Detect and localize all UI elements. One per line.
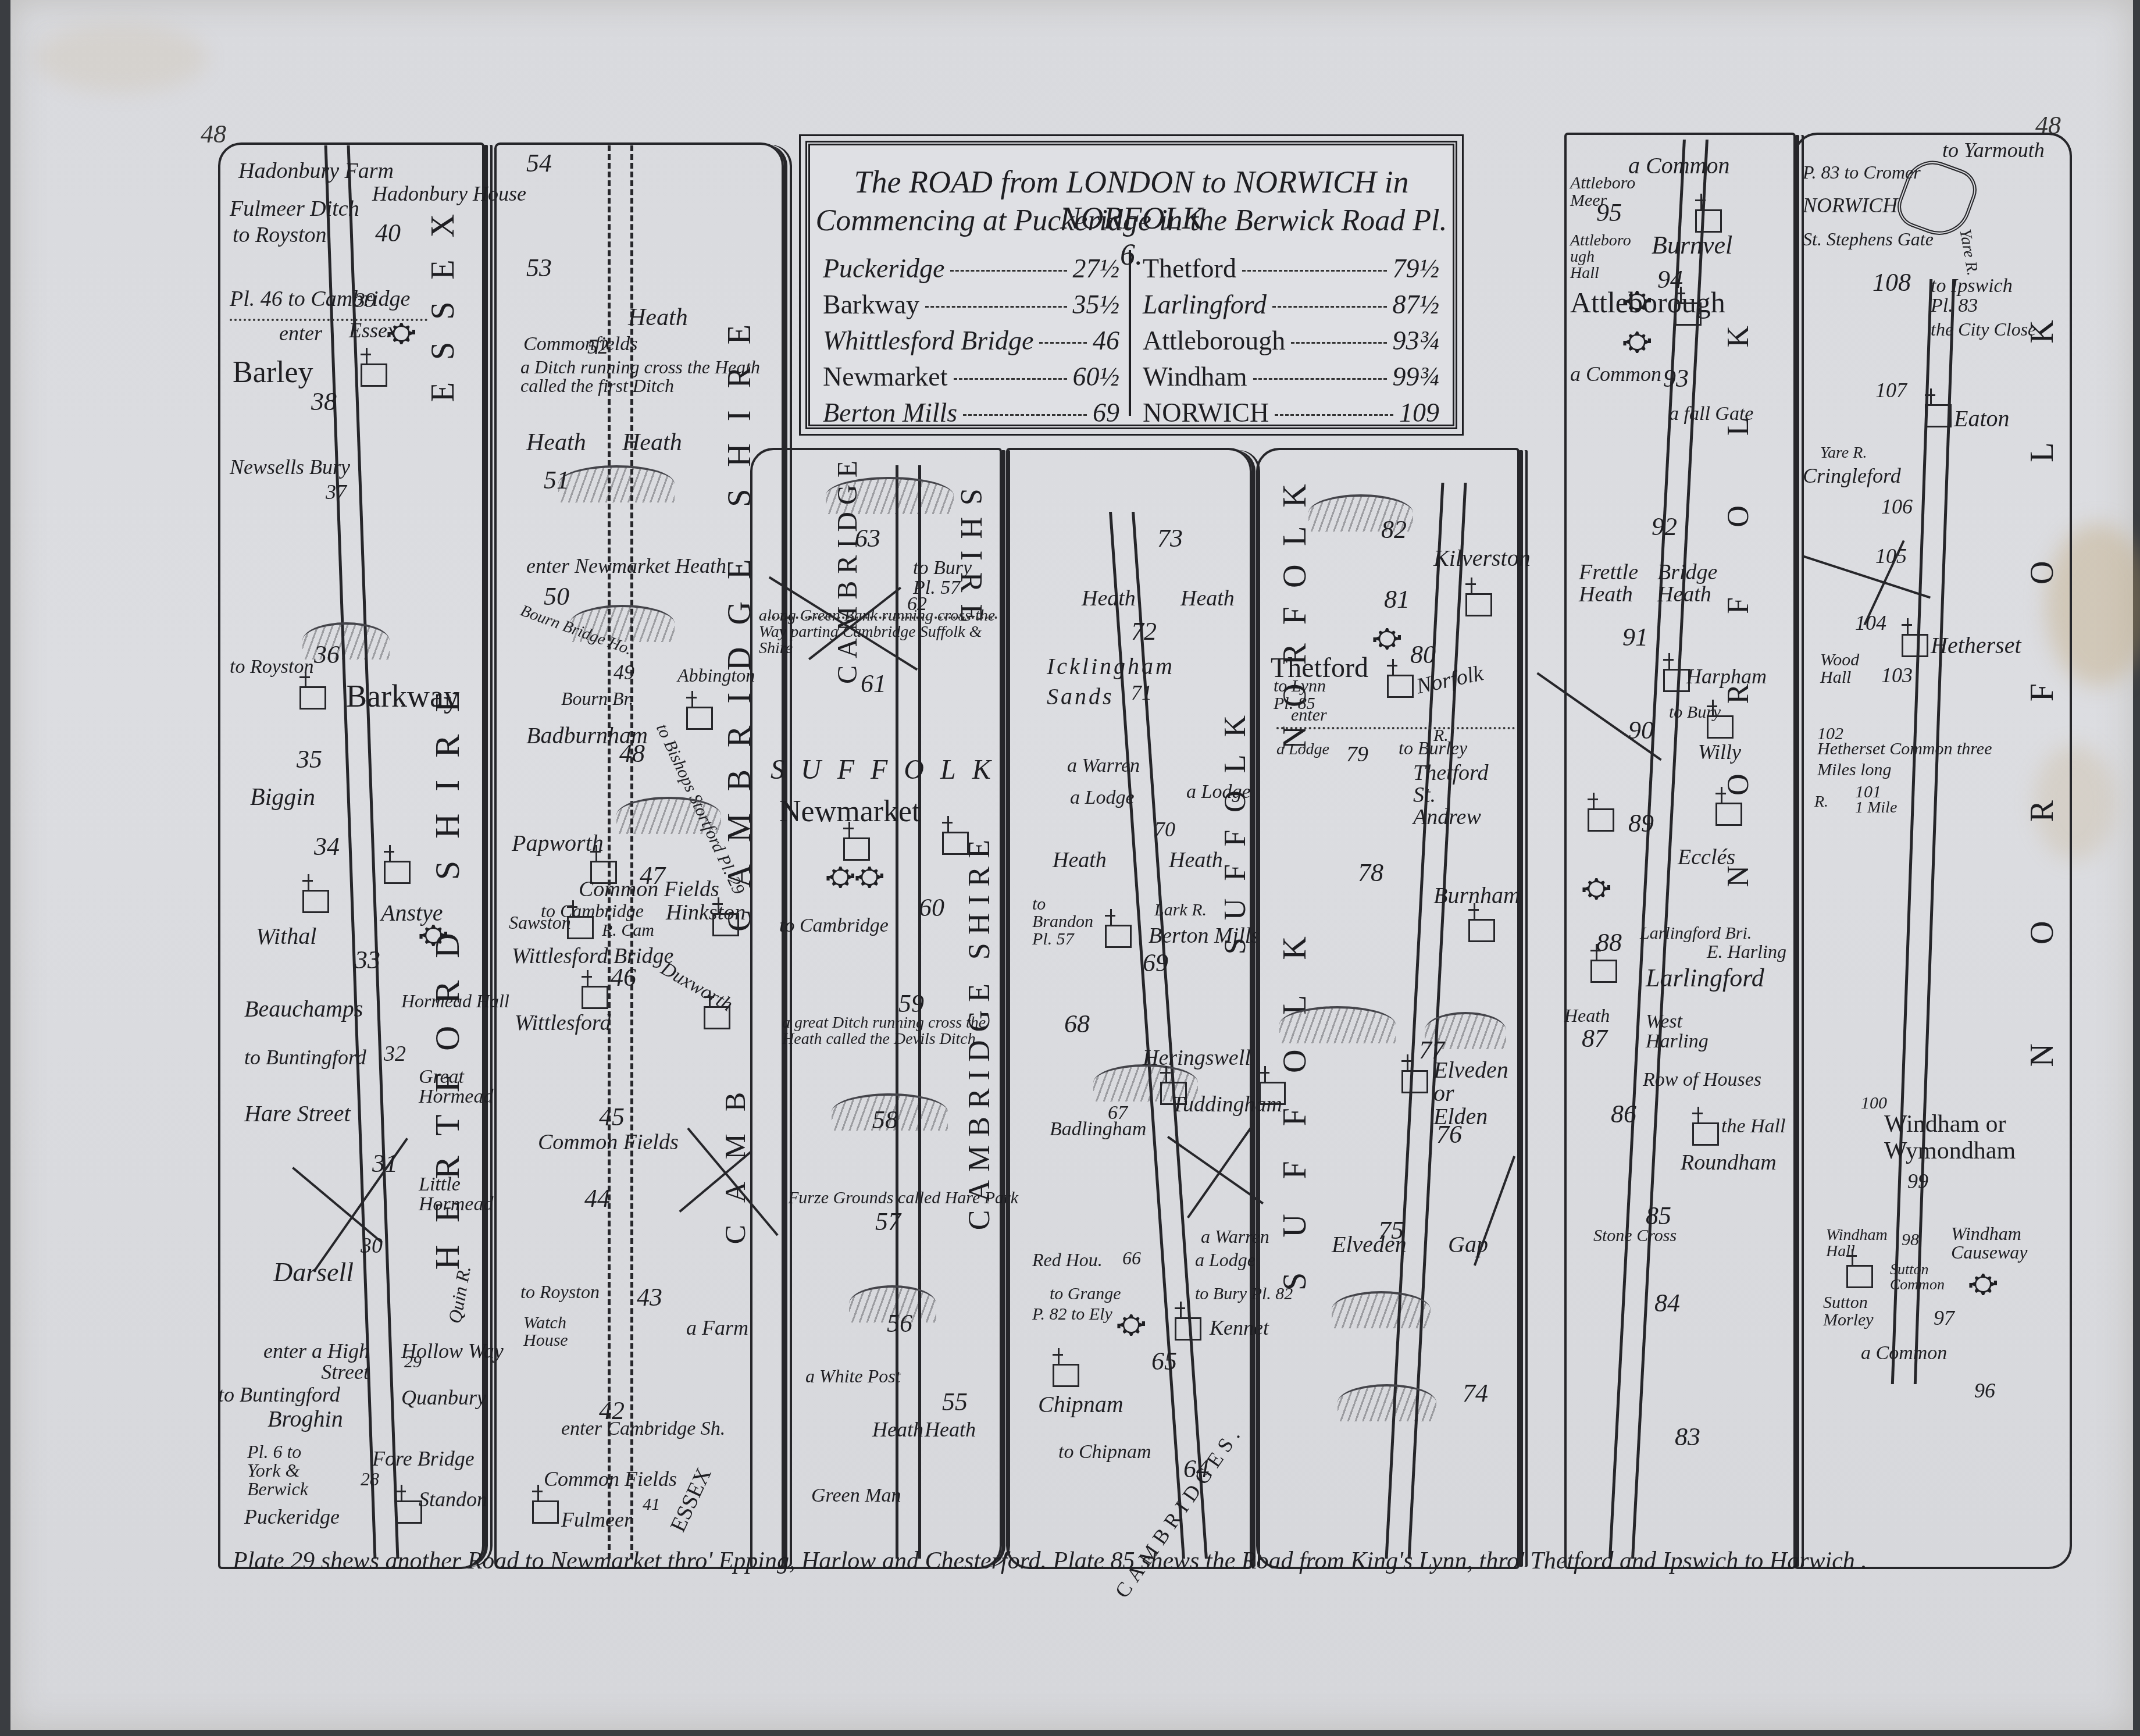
milepost: 48 [619,739,645,768]
label: Red Hou. [1032,1250,1103,1269]
milepost: 68 [1064,1009,1090,1039]
label: to Ipswich Pl. 83 [1931,276,2035,316]
label: to Grange [1050,1285,1121,1303]
label: a Common [1628,154,1729,177]
river-label: Lark R. [1154,901,1207,919]
distance-row: NORWICH109 [1143,397,1439,433]
label: to Royston [233,224,326,246]
milepost: 97 [1934,1306,1954,1330]
distance-miles: 27½ [1073,253,1120,284]
label: Windham Causeway [1951,1224,2044,1261]
milepost: 57 [875,1207,901,1236]
label: the Hall [1721,1117,1785,1136]
label: a Warren [1067,756,1140,776]
distance-miles: 35½ [1073,289,1120,320]
distance-row: Attleborough93¾ [1143,325,1439,361]
label: Fore Bridge [372,1448,475,1469]
label: enter [279,323,322,344]
distance-table-right: Thetford79½ Larlingford87½ Attleborough9… [1143,253,1439,433]
milepost: 106 [1881,494,1913,519]
distance-miles: 69 [1093,397,1119,428]
distance-row: Barkway35½ [823,289,1119,325]
milepost: 52 [587,334,608,359]
milepost: 84 [1654,1288,1680,1318]
label: Frettle Heath [1579,561,1643,605]
milepost: 100 [1861,1093,1887,1113]
milepost: 29 [404,1352,422,1372]
church-icon [361,363,387,387]
label: Heath [1082,587,1136,609]
label: Burnvel [1652,233,1732,258]
label: a Lodge [1195,1250,1256,1269]
place-name: Newmarket [823,361,948,392]
label: enter Newmarket Heath [526,555,726,576]
river-label: R. Cam [602,922,654,939]
distance-miles: 79½ [1393,253,1440,284]
label: to Buntingford [244,1047,366,1068]
label: Chipnam [1038,1393,1123,1416]
distance-row: Newmarket60½ [823,361,1119,397]
label: Little Hormead [419,1175,483,1214]
label: Sawston [509,913,544,932]
distance-miles: 93¾ [1393,325,1440,356]
milepost: 45 [599,1102,625,1132]
milepost: 46 [611,963,636,992]
milepost: 98 [1902,1230,1919,1250]
milepost: 34 [314,832,340,861]
church-icon [567,916,594,939]
hill-icon [1337,1384,1436,1421]
county-label-essex: ESSEX [425,192,462,402]
label: Heath [1169,849,1223,871]
label: to Buntingford [218,1384,340,1405]
place-name: Barkway [823,289,919,320]
label: Heath [925,1419,976,1440]
milepost: 33 [355,945,380,975]
label: Berton Mills [1149,925,1260,947]
label: Beauchamps [244,997,363,1021]
distance-row: Berton Mills69 [823,397,1119,433]
place-name: Attleborough [1143,325,1285,356]
label: to Burley [1399,739,1467,757]
milepost: 72 [1131,616,1157,646]
milepost: 43 [637,1282,662,1312]
church-icon [1590,960,1617,983]
milepost: 65 [1151,1346,1177,1376]
distance-miles: 46 [1093,325,1119,356]
county-label-suffolk: SUFFOLK [1218,698,1253,954]
milepost: 51 [544,465,569,495]
milepost: 73 [1157,523,1183,553]
label: Pl. 46 to Cambridge [230,288,410,310]
church-icon [299,686,326,710]
church-icon [1105,925,1132,948]
label: Elveden or Elden [1433,1058,1503,1128]
label: to Royston [520,1282,600,1301]
label: Quanbury [401,1387,486,1408]
county-label-norfolk: NORFOLK [1721,256,1756,887]
label: Fulmeer Ditch [230,198,359,220]
church-icon [532,1500,559,1524]
church-icon [1925,404,1952,427]
label: P. 82 to Ely [1032,1306,1112,1323]
milepost: 99 [1907,1169,1928,1193]
river-label: Yare R. [1820,445,1867,461]
church-icon [1846,1265,1873,1288]
milepost: 80 [1410,640,1436,669]
milepost: 83 [1675,1422,1700,1452]
church-icon [1692,1122,1719,1146]
milepost: 69 [1143,948,1168,978]
label: Row of Houses [1643,1070,1761,1090]
label: Thetford St. Andrew [1413,762,1506,828]
milepost: 95 [1596,198,1622,227]
place-name: Puckeridge [823,253,944,284]
label: enter a High Street [253,1341,369,1382]
windmill-icon: ⛮ [1622,285,1652,318]
distance-row: Larlingford87½ [1143,289,1439,325]
label: West Harling [1646,1012,1715,1051]
label: Heath [628,305,688,330]
milepost: 53 [526,253,552,283]
church-icon [1588,808,1614,832]
church-icon [1902,634,1928,657]
windmill-icon: ⛮ [1968,1268,1998,1300]
milepost: 91 [1622,622,1648,652]
label: Hetherset Common three Miles long [1817,739,2003,780]
milepost: 37 [326,480,347,504]
label: Larlingford [1646,965,1764,991]
milepost: 96 [1974,1378,1995,1403]
distance-miles: 87½ [1393,289,1440,320]
church-icon [712,913,739,936]
milepost: 60 [919,893,944,922]
place-name: Larlingford [1143,289,1267,320]
church-icon [1175,1317,1201,1341]
label: Withal [256,925,316,948]
label: Heath [622,430,682,455]
milepost: 70 [1154,817,1175,842]
label: to Royston [230,657,313,677]
milepost: 107 [1875,378,1907,402]
church-icon [686,707,713,730]
label: St. Stephens Gate [1803,230,1934,248]
church-icon [1053,1364,1079,1387]
distance-miles: 99¾ [1393,361,1440,392]
milepost: 66 [1122,1247,1141,1269]
label: Burnham [1433,884,1520,907]
label: a Common [1861,1343,1947,1363]
church-icon [302,890,329,913]
milepost: 44 [584,1184,610,1213]
label: Sutton Morley [1823,1294,1875,1329]
label: Common Fields [544,1468,741,1489]
milepost: 90 [1628,715,1654,745]
church-icon [1401,1070,1428,1093]
county-label-norfolk: NORFOLK [2024,221,2061,1067]
hill-icon [826,477,954,514]
milepost: 75 [1378,1215,1404,1245]
windmill-icon: ⛮ [1372,622,1401,655]
plate-caption: Plate 29 shews another Road to Newmarket… [233,1547,1867,1575]
label: Broghin [267,1407,343,1431]
hill-icon [616,797,721,834]
label: Watch House [523,1314,576,1349]
label: a Lodge [1070,788,1135,808]
milepost: 55 [942,1387,968,1417]
milepost: 76 [1436,1120,1462,1149]
windmill-icon: ⛮ [826,861,855,893]
label: Stone Cross [1593,1227,1677,1245]
label: Hormead Hall [401,992,509,1010]
windmill-icon: ⛮ [1582,872,1611,905]
label: Hadonbury Farm [238,160,394,182]
county-label-suffolk: SUFFOLK [771,756,1007,784]
windmill-icon: ⛮ [1117,1309,1146,1341]
label: Heath [872,1419,923,1440]
distance-miles: 60½ [1073,361,1120,392]
label: to Bury Pl. 57 [913,558,989,598]
milepost: 71 [1131,680,1152,705]
label: a great Ditch running cross the Heath ca… [782,1015,991,1047]
label: Heringswell [1143,1047,1251,1069]
label: Great Hormead [419,1067,483,1107]
milepost: 105 [1875,544,1907,568]
label: P. 83 to Cromer [1803,163,1921,181]
label: 1 Mile [1855,800,1897,816]
milepost: 108 [1872,268,1911,297]
town-label: Barkway [346,680,459,712]
milepost: 41 [643,1495,660,1514]
place-name: NORWICH [1143,397,1269,428]
label: Bridge Heath [1657,561,1721,605]
label: Ecclés [1678,846,1735,868]
distance-row: Thetford79½ [1143,253,1439,289]
church-icon [704,1006,730,1029]
place-name: Windham [1143,361,1247,392]
label: Commonfields [523,334,637,354]
milepost: 86 [1611,1099,1636,1129]
milepost: 81 [1384,584,1410,614]
label: Heath [1564,1006,1610,1025]
milepost: 58 [872,1105,898,1135]
label: along Green Bank running cross the Way p… [759,608,997,657]
church-icon [1675,302,1702,326]
windmill-icon: ⛮ [387,317,416,350]
distance-row: Windham99¾ [1143,361,1439,397]
label: Harpham [1686,666,1767,687]
county-boundary [759,616,997,619]
label: a fall Gate [1669,404,1753,424]
milepost: 39 [355,288,376,312]
stain [34,23,208,93]
hill-icon [1332,1291,1431,1328]
cartouche-divider [1129,250,1131,416]
milepost: 35 [297,744,322,774]
church-icon [1465,593,1492,616]
milepost: 93 [1663,363,1689,393]
city-label-norwich: NORWICH [1803,195,1898,216]
windmill-icon: ⛮ [1622,326,1652,358]
label: Roundham [1681,1152,1777,1174]
label: to Yarmouth [1942,140,2045,161]
label: Gap [1448,1233,1488,1256]
milepost: 92 [1652,512,1677,541]
milepost: 40 [375,218,401,248]
church-icon [1707,715,1734,739]
place-name: Berton Mills [823,397,957,428]
label: Newsells Bury [230,457,350,477]
label: enter Cambridge Sh. [561,1419,725,1439]
milepost: 49 [614,660,634,685]
milepost: 32 [384,1041,406,1067]
church-icon [942,832,969,855]
milepost: 50 [544,582,569,611]
church-icon [843,837,870,861]
hill-icon [558,465,675,502]
label: Kilverston [1433,547,1503,570]
river-label: R. [1814,794,1828,810]
milepost: 54 [526,148,552,178]
milepost: 87 [1582,1024,1607,1053]
milepost: 56 [887,1309,912,1338]
milepost: 88 [1596,928,1622,957]
label: a Farm [686,1317,748,1338]
label: Wittlesford Bridge [512,945,779,967]
label: to Brandon Pl. 57 [1032,896,1102,948]
church-icon [384,861,411,884]
county-label-cambridge: CAMB [718,1070,752,1244]
church-icon [1387,675,1414,698]
church-icon [1715,803,1742,826]
milepost: 38 [311,387,337,416]
town-label: Puckeridge [244,1506,340,1527]
label: Standon [419,1489,465,1510]
milepost: 30 [361,1233,383,1259]
milepost: 82 [1381,515,1407,544]
label: Biggin [250,785,315,810]
place-name: Whittlesford Bridge [823,325,1033,356]
hill-icon [1279,1006,1396,1043]
label: Pl. 6 to York & Berwick [247,1442,334,1498]
label: Badlingham [1050,1120,1119,1139]
church-icon [1695,209,1722,233]
label: Fulmeer [561,1509,632,1530]
place-name: Thetford [1143,253,1236,284]
distance-row: Whittlesford Bridge46 [823,325,1119,361]
county-boundary [1276,727,1515,729]
label: Heath [1180,587,1235,609]
milepost: 64 [1183,1454,1209,1484]
distance-row: Puckeridge27½ [823,253,1119,289]
plate-number-left: 48 [201,119,226,149]
milepost: 79 [1346,742,1368,767]
milepost: 63 [855,523,880,553]
milepost: 31 [372,1149,398,1178]
milepost: 61 [861,669,886,698]
label: a Common [1570,363,1661,384]
label: Abbington [677,666,755,685]
label: Bourn Br. [561,689,633,708]
label: to Cambridge [779,916,889,936]
label: Furze Grounds called Hare Park [788,1189,1018,1207]
label: a Lodge [1276,742,1329,758]
label: Eaton [1954,407,2010,430]
milepost: 36 [314,640,340,669]
label: Green Man [811,1486,901,1506]
label: Common Fields [579,878,719,900]
label: a Lodge [1186,782,1251,802]
church-icon [582,986,608,1009]
label: Sutton Common [1890,1262,1948,1292]
church-icon [1468,919,1495,942]
label: E. Harling [1707,942,1786,961]
town-label: Barley [233,358,313,388]
distance-table-left: Puckeridge27½ Barkway35½ Whittlesford Br… [823,253,1119,433]
label: Heath [1053,849,1107,871]
label: Cringleford [1803,465,1901,486]
label: to Chipnam [1058,1442,1151,1462]
label: enter [1291,707,1327,724]
milepost: 28 [361,1468,379,1490]
milepost: 103 [1881,663,1913,687]
county-label-suffolk: SUFFOLK [1276,901,1314,1291]
windmill-icon: ⛮ [419,919,448,951]
milepost: 78 [1358,858,1383,887]
label: Attleboro ugh Hall [1570,233,1622,281]
label: Darsell [273,1259,354,1286]
milepost: 89 [1628,808,1654,838]
milepost: 74 [1463,1378,1488,1408]
title-cartouche: The ROAD from LONDON to NORWICH in NORFO… [805,141,1457,429]
label: the City Close [1931,320,2036,338]
label: Willy [1698,742,1741,762]
label: Wood Hall [1820,651,1867,686]
label: a Ditch running cross the Heath called t… [520,358,765,395]
label: Hare Street [244,1102,351,1125]
label: Larlingford Bri. [1640,925,1752,942]
label: Hetherset [1931,634,2021,657]
milepost: 104 [1855,611,1886,635]
town-label: Windham or Wymondham [1884,1111,2070,1164]
distance-miles: 109 [1399,397,1439,428]
label: Wittlesford [515,1012,611,1034]
windmill-icon: ⛮ [855,861,884,893]
label: Heath [526,430,586,455]
label: a White Post [805,1367,901,1385]
